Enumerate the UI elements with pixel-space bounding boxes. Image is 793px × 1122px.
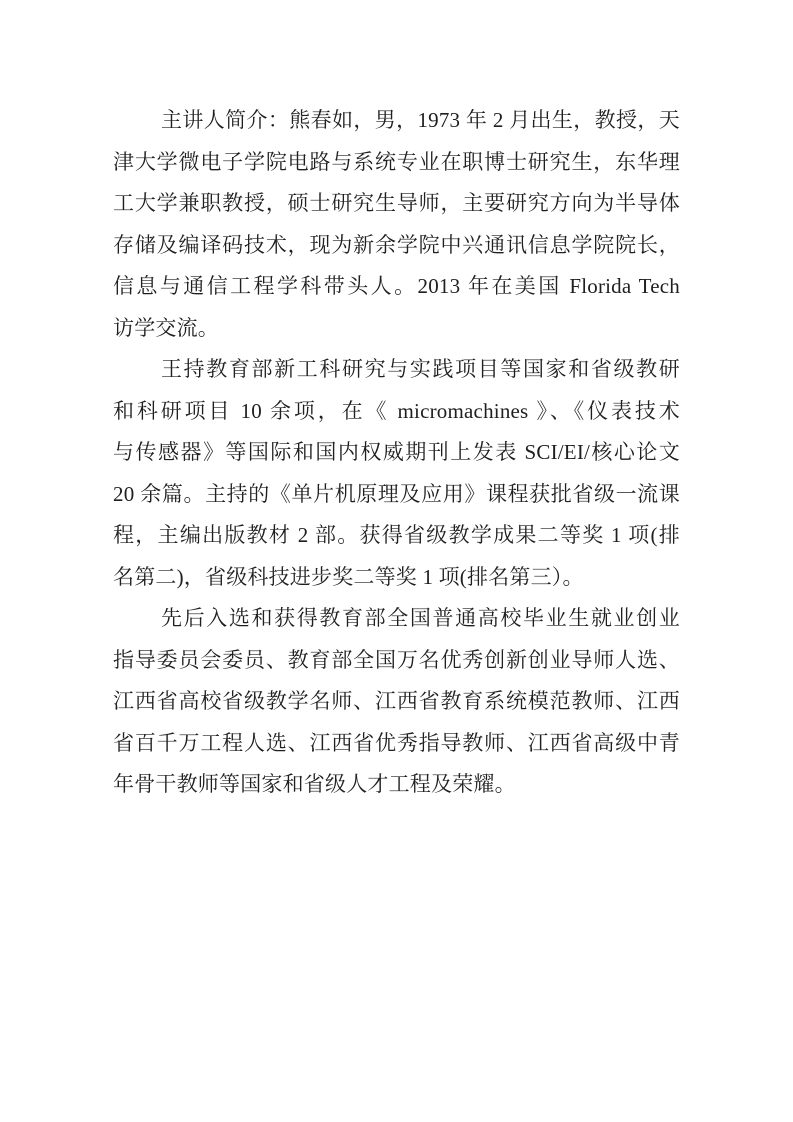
text-line: 主讲人简介：熊春如，男，1973 年 2 月出生，教授，天 [113, 100, 680, 142]
bio-text-block: 主讲人简介：熊春如，男，1973 年 2 月出生，教授，天津大学微电子学院电路与… [113, 100, 680, 806]
text-line: 王持教育部新工科研究与实践项目等国家和省级教研 [113, 349, 680, 391]
text-line: 津大学微电子学院电路与系统专业在职博士研究生，东华理 [113, 142, 680, 184]
text-line: 江西省高校省级教学名师、江西省教育系统模范教师、江西 [113, 681, 680, 723]
document-page: 主讲人简介：熊春如，男，1973 年 2 月出生，教授，天津大学微电子学院电路与… [0, 0, 793, 1122]
text-line: 年骨干教师等国家和省级人才工程及荣耀。 [113, 764, 680, 806]
text-line: 20 余篇。主持的《单片机原理及应用》课程获批省级一流课 [113, 474, 680, 516]
text-line: 先后入选和获得教育部全国普通高校毕业生就业创业 [113, 598, 680, 640]
text-line: 信息与通信工程学科带头人。2013 年在美国 Florida Tech [113, 266, 680, 308]
text-line: 访学交流。 [113, 308, 680, 350]
text-line: 名第二)，省级科技进步奖二等奖 1 项(排名第三）。 [113, 557, 680, 599]
text-line: 工大学兼职教授，硕士研究生导师，主要研究方向为半导体 [113, 183, 680, 225]
paragraph-3: 先后入选和获得教育部全国普通高校毕业生就业创业指导委员会委员、教育部全国万名优秀… [113, 598, 680, 806]
text-line: 和科研项目 10 余项，在《 micromachines 》、《仪表技术 [113, 391, 680, 433]
text-line: 存储及编译码技术，现为新余学院中兴通讯信息学院院长， [113, 225, 680, 267]
text-line: 与传感器》等国际和国内权威期刊上发表 SCI/EI/核心论文 [113, 432, 680, 474]
paragraph-1: 主讲人简介：熊春如，男，1973 年 2 月出生，教授，天津大学微电子学院电路与… [113, 100, 680, 349]
text-line: 省百千万工程人选、江西省优秀指导教师、江西省高级中青 [113, 723, 680, 765]
paragraph-2: 王持教育部新工科研究与实践项目等国家和省级教研和科研项目 10 余项，在《 mi… [113, 349, 680, 598]
text-line: 程，主编出版教材 2 部。获得省级教学成果二等奖 1 项(排 [113, 515, 680, 557]
text-line: 指导委员会委员、教育部全国万名优秀创新创业导师人选、 [113, 640, 680, 682]
